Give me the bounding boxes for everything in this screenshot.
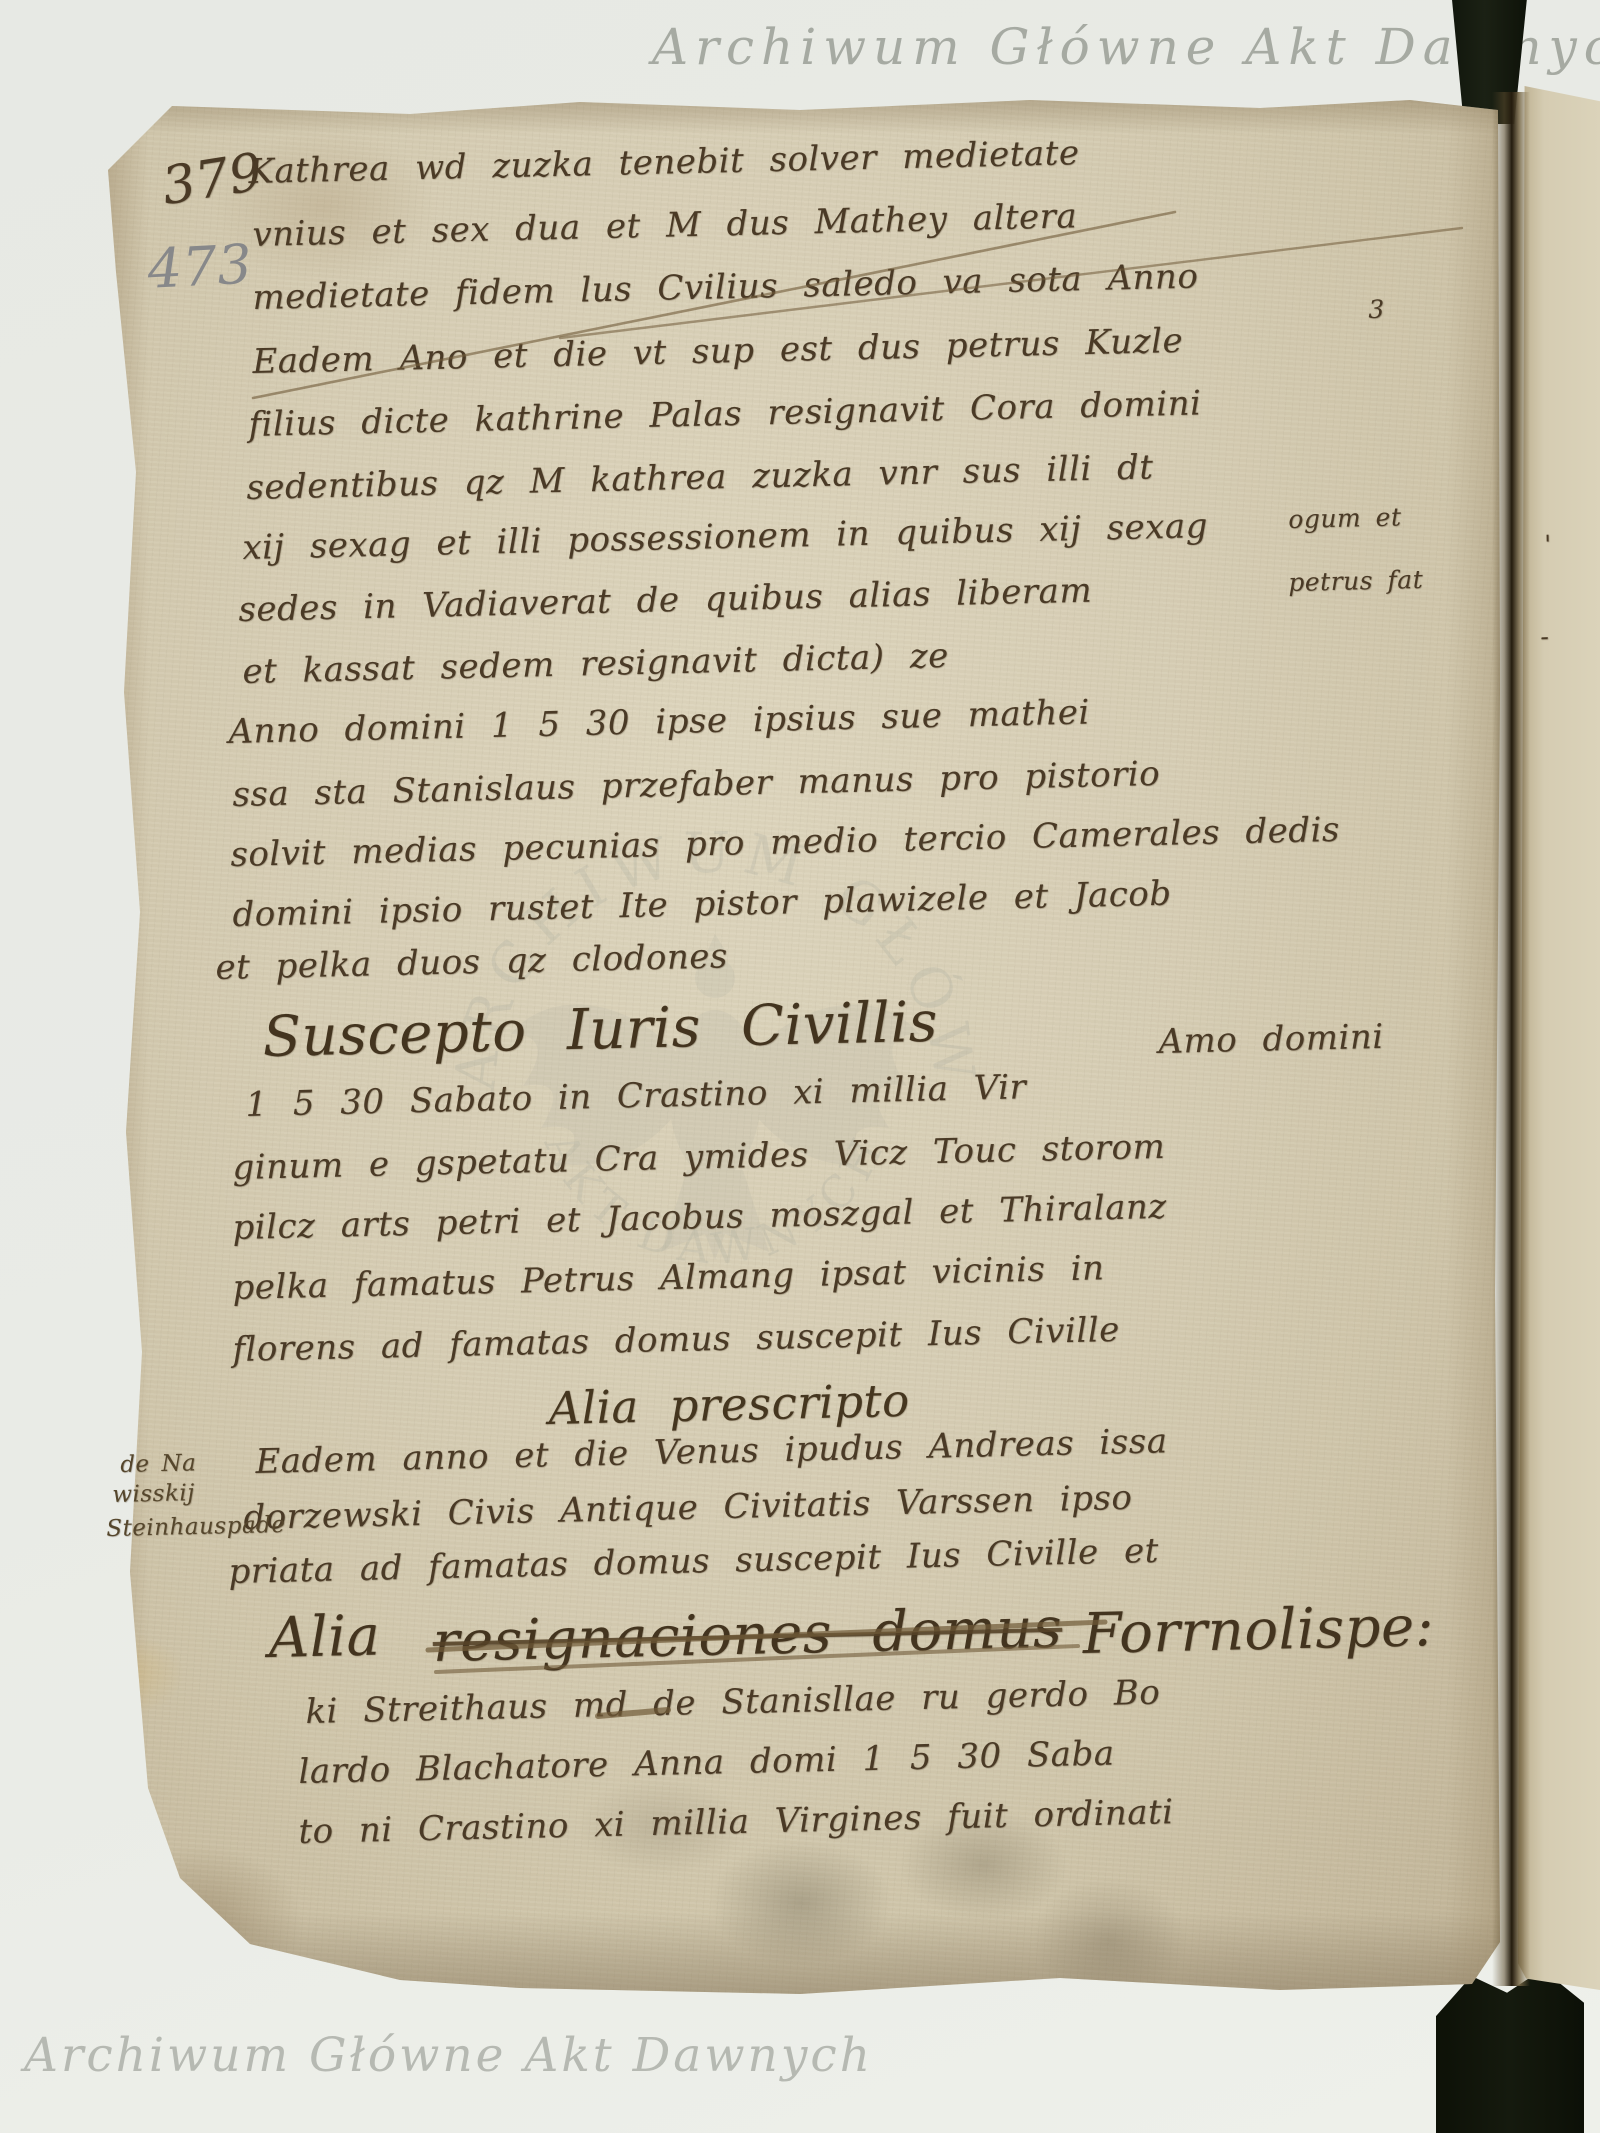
handwritten-line: Steinhauspade bbox=[106, 1512, 286, 1542]
handwritten-line: petrus fat bbox=[1288, 565, 1424, 597]
handwritten-line: medietate fidem lus Cvilius saledo va so… bbox=[252, 257, 1199, 318]
handwritten-line: ogum et bbox=[1288, 502, 1402, 534]
handwritten-line: 3 bbox=[1368, 295, 1385, 324]
handwritten-line: pilcz arts petri et Jacobus moszgal et T… bbox=[232, 1187, 1167, 1248]
handwritten-line: Alia prescripto bbox=[548, 1374, 910, 1435]
handwritten-line: Suscepto Iuris Civillis bbox=[262, 990, 939, 1070]
handwritten-line: ssa sta Stanislaus przefaber manus pro p… bbox=[232, 754, 1161, 815]
handwritten-line: pelka famatus Petrus Almang ipsat vicini… bbox=[232, 1248, 1105, 1308]
handwritten-line: Kathrea wd zuzka tenebit solver medietat… bbox=[248, 133, 1080, 192]
handwritten-line: Forrnolispe: bbox=[1082, 1594, 1435, 1667]
handwritten-line: ki Streithaus md de Stanisllae ru gerdo … bbox=[305, 1673, 1161, 1732]
handwritten-line: sedes in Vadiaverat de quibus alias libe… bbox=[238, 571, 1093, 630]
handwritten-line: sedentibus qz M kathrea zuzka vnr sus il… bbox=[246, 447, 1154, 508]
handwritten-line: - bbox=[1540, 622, 1550, 651]
handwritten-line: solvit medias pecunias pro medio tercio … bbox=[230, 810, 1340, 875]
handwritten-line: Anno domini 1 5 30 ipse ipsius sue mathe… bbox=[228, 692, 1090, 752]
handwritten-line: wisskij bbox=[112, 1480, 195, 1508]
handwritten-line: Alia bbox=[268, 1603, 381, 1671]
handwritten-line: florens ad famatas domus suscepit Ius Ci… bbox=[232, 1310, 1120, 1370]
handwritten-line: Amo domini bbox=[1158, 1017, 1384, 1062]
handwritten-line: et pelka duos qz clodones bbox=[215, 936, 728, 988]
handwritten-line: dorzewski Civis Antique Civitatis Varsse… bbox=[243, 1478, 1133, 1538]
scan-backdrop: { "archive_watermark": { "top_text": "Ar… bbox=[0, 0, 1600, 2133]
handwritten-line: ' bbox=[1544, 530, 1552, 559]
page-number-pencil: 473 bbox=[146, 233, 254, 301]
handwritten-line: domini ipsio rustet Ite pistor plawizele… bbox=[232, 874, 1172, 935]
handwriting-layer: 379 473 Kathrea wd zuzka tenebit solver … bbox=[0, 0, 1600, 2133]
handwritten-line: filius dicte kathrine Palas resignavit C… bbox=[248, 383, 1202, 445]
handwritten-line: xij sexag et illi possessionem in quibus… bbox=[242, 506, 1208, 568]
handwritten-line: et kassat sedem resignavit dicta) ze bbox=[242, 636, 949, 692]
handwritten-line: ginum e gspetatu Cra ymides Vicz Touc st… bbox=[232, 1127, 1166, 1188]
handwritten-line: Eadem Ano et die vt sup est dus petrus K… bbox=[252, 321, 1184, 382]
handwritten-line: 1 5 30 Sabato in Crastino xi millia Vir bbox=[245, 1067, 1027, 1125]
handwritten-line: resignaciones domus bbox=[432, 1596, 1063, 1675]
handwritten-line: de Na bbox=[120, 1450, 197, 1478]
handwritten-line: to ni Crastino xi millia Virgines fuit o… bbox=[298, 1792, 1174, 1852]
handwritten-line: priata ad famatas domus suscepit Ius Civ… bbox=[228, 1531, 1159, 1592]
handwritten-line: lardo Blachatore Anna domi 1 5 30 Saba bbox=[298, 1733, 1115, 1792]
handwritten-line: vnius et sex dua et M dus Mathey altera bbox=[252, 196, 1078, 255]
